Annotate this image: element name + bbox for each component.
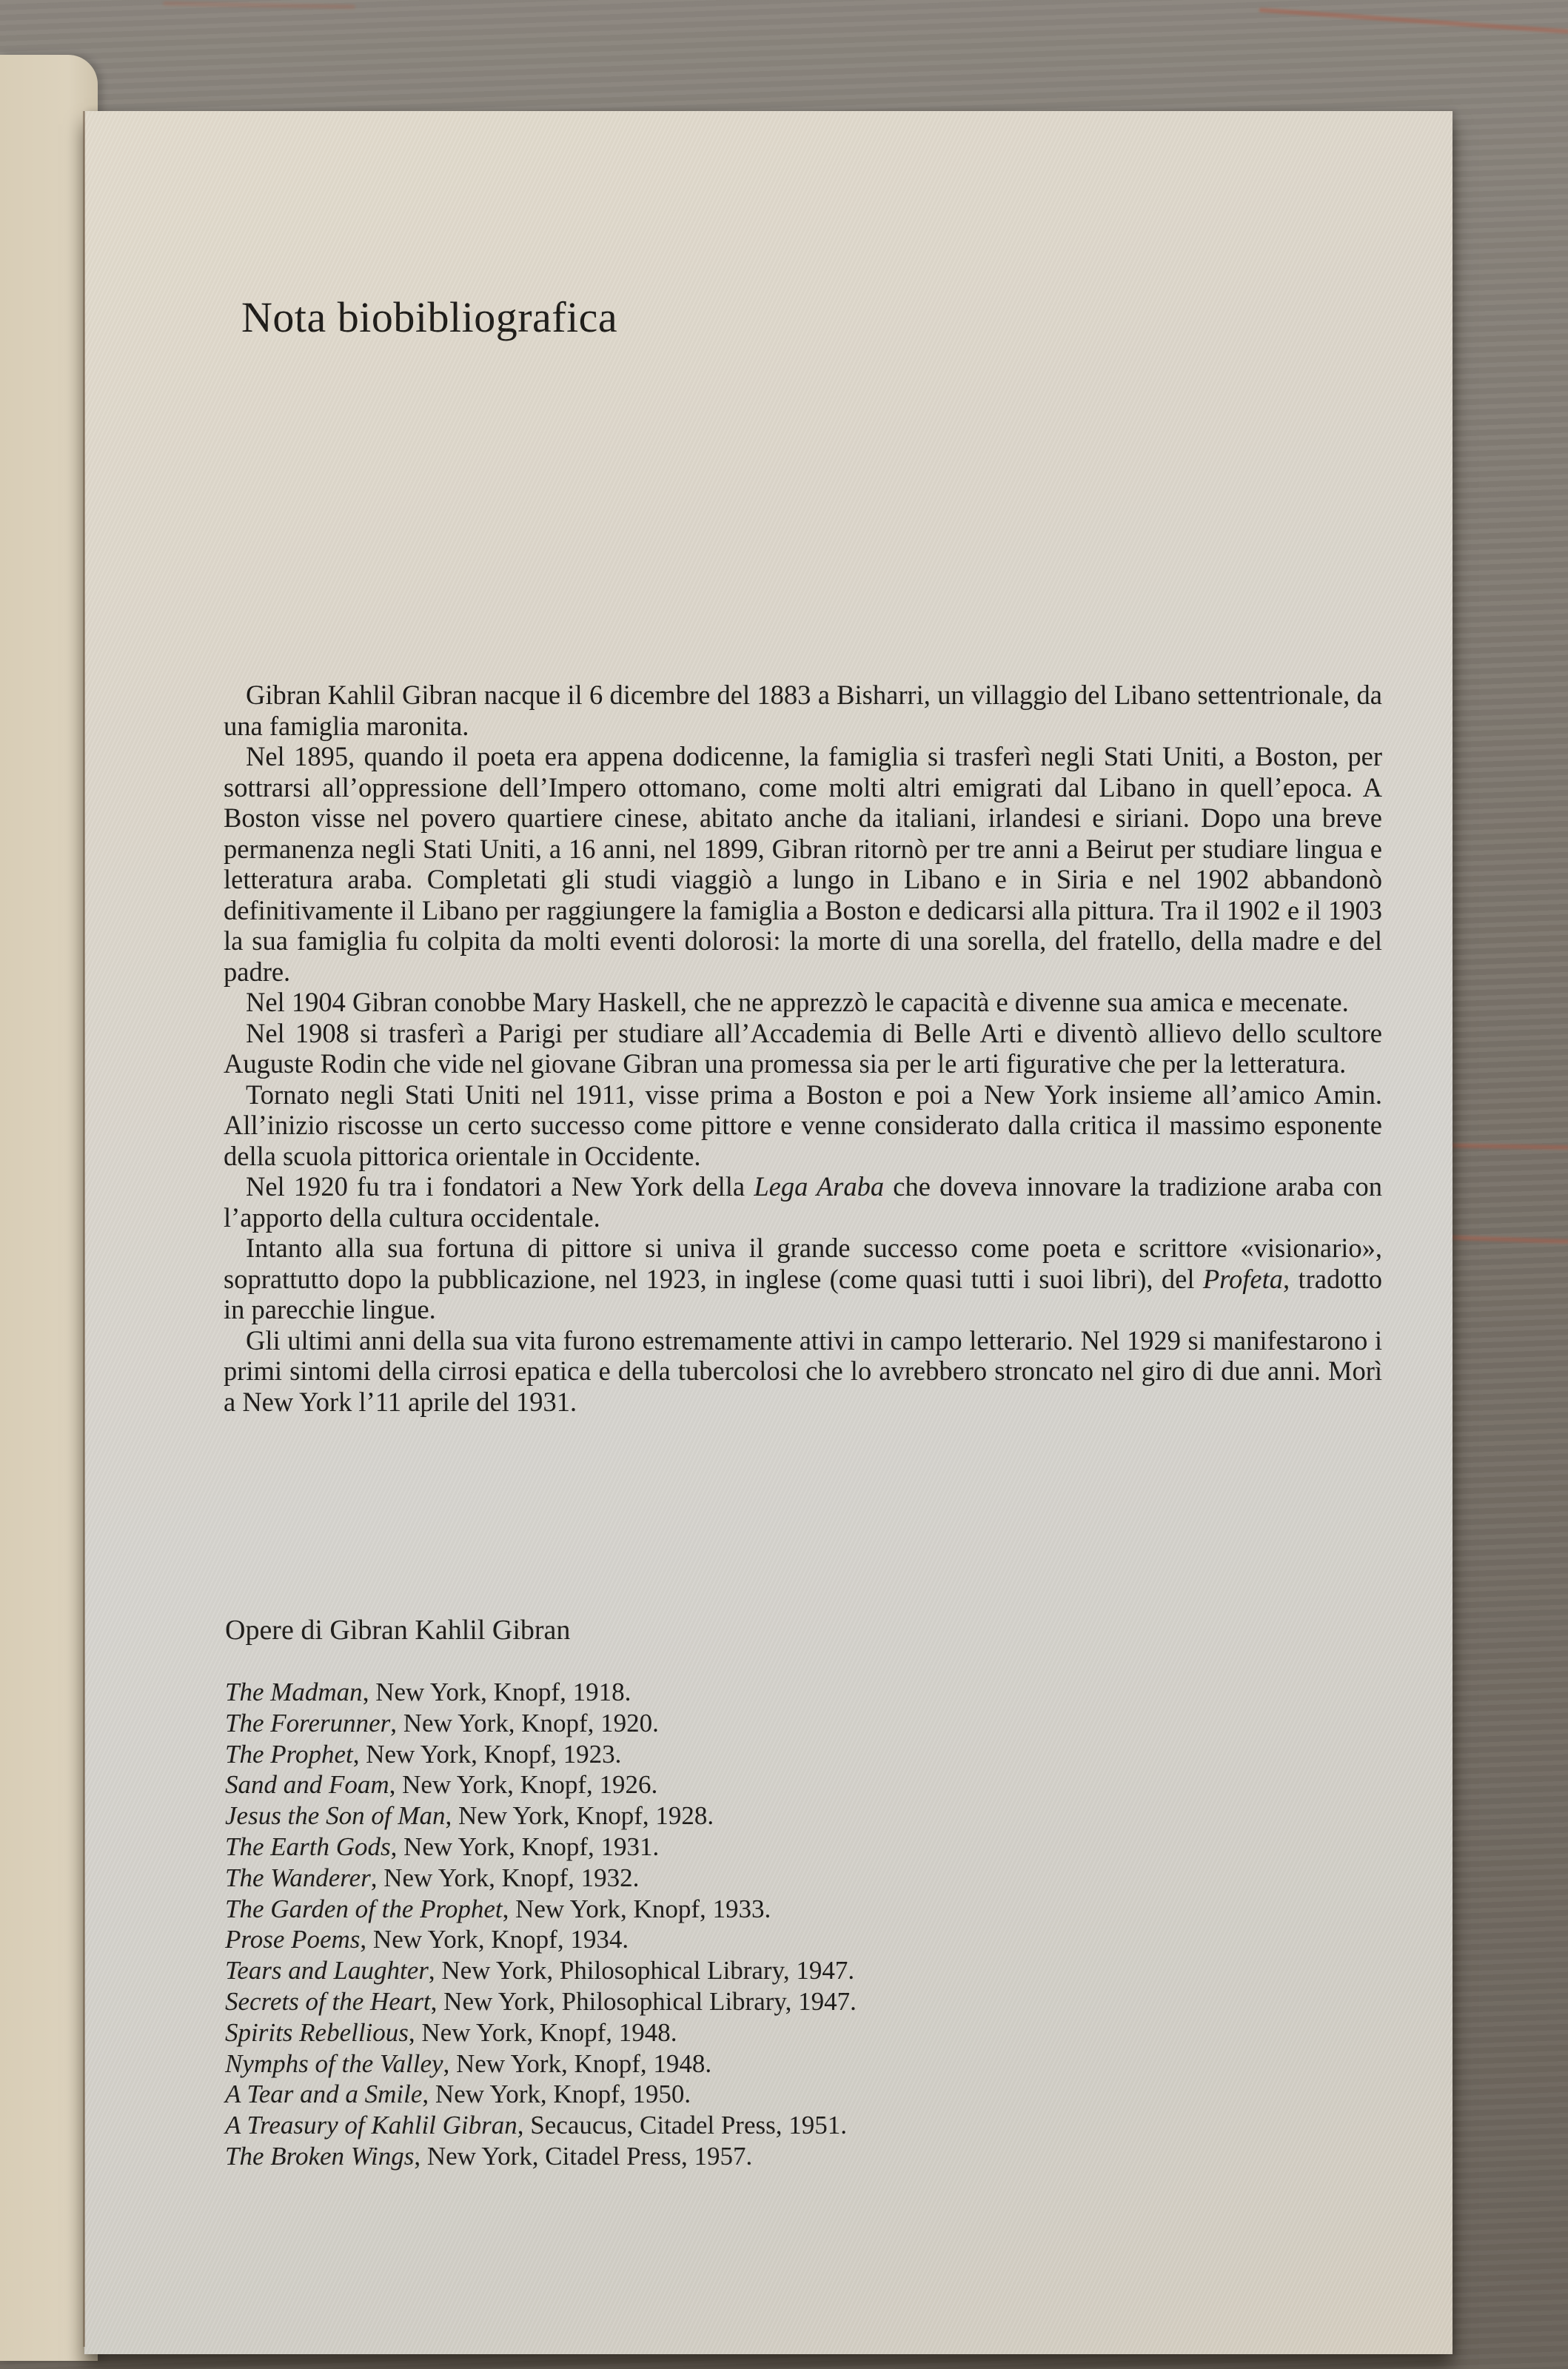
- work-title: Prose Poems: [225, 1925, 360, 1954]
- work-title: The Forerunner: [225, 1709, 390, 1738]
- work-entry: Prose Poems, New York, Knopf, 1934.: [225, 1924, 857, 1955]
- text-segment: Gibran Kahlil Gibran nacque il 6 dicembr…: [224, 680, 1382, 741]
- italic-title: Lega Araba: [754, 1171, 884, 1202]
- work-publication-details: , New York, Knopf, 1918.: [363, 1678, 631, 1706]
- text-segment: Tornato negli Stati Uniti nel 1911, viss…: [224, 1079, 1382, 1171]
- work-publication-details: , New York, Knopf, 1933.: [503, 1894, 771, 1923]
- work-title: The Broken Wings: [225, 2142, 414, 2171]
- work-publication-details: , New York, Knopf, 1920.: [390, 1709, 659, 1738]
- work-publication-details: , New York, Knopf, 1928.: [445, 1801, 714, 1830]
- work-title: The Garden of the Prophet: [225, 1894, 503, 1923]
- work-title: Secrets of the Heart: [225, 1987, 431, 2016]
- work-entry: The Garden of the Prophet, New York, Kno…: [225, 1894, 857, 1925]
- spine-fold: [83, 111, 85, 2347]
- work-title: The Prophet: [225, 1740, 353, 1769]
- work-title: The Earth Gods: [225, 1832, 391, 1861]
- text-segment: Nel 1920 fu tra i fondatori a New York d…: [246, 1171, 754, 1202]
- work-entry: A Tear and a Smile, New York, Knopf, 195…: [225, 2079, 857, 2110]
- wood-grain-vein: [1259, 7, 1568, 33]
- work-publication-details: , New York, Philosophical Library, 1947.: [431, 1987, 857, 2016]
- work-title: A Tear and a Smile: [225, 2080, 422, 2108]
- works-list: The Madman, New York, Knopf, 1918.The Fo…: [225, 1677, 857, 2172]
- text-segment: Nel 1895, quando il poeta era appena dod…: [224, 741, 1382, 987]
- work-entry: The Broken Wings, New York, Citadel Pres…: [225, 2141, 857, 2172]
- work-publication-details: , Secaucus, Citadel Press, 1951.: [517, 2111, 847, 2140]
- page-title: Nota biobibliografica: [241, 292, 617, 342]
- biography-paragraph: Nel 1895, quando il poeta era appena dod…: [224, 741, 1382, 987]
- biography-text: Gibran Kahlil Gibran nacque il 6 dicembr…: [224, 680, 1382, 1417]
- text-segment: Nel 1904 Gibran conobbe Mary Haskell, ch…: [246, 987, 1349, 1017]
- work-publication-details: , New York, Knopf, 1926.: [389, 1770, 658, 1799]
- work-publication-details: , New York, Knopf, 1931.: [391, 1832, 660, 1861]
- biography-paragraph: Gli ultimi anni della sua vita furono es…: [224, 1325, 1382, 1418]
- work-entry: The Wanderer, New York, Knopf, 1932.: [225, 1863, 857, 1894]
- work-title: Nymphs of the Valley: [225, 2049, 443, 2078]
- work-title: Tears and Laughter: [225, 1956, 429, 1985]
- work-title: A Treasury of Kahlil Gibran: [225, 2111, 517, 2140]
- biography-paragraph: Nel 1920 fu tra i fondatori a New York d…: [224, 1171, 1382, 1233]
- work-entry: Secrets of the Heart, New York, Philosop…: [225, 1986, 857, 2017]
- work-title: The Madman: [225, 1678, 363, 1706]
- biography-paragraph: Tornato negli Stati Uniti nel 1911, viss…: [224, 1079, 1382, 1172]
- work-publication-details: , New York, Knopf, 1934.: [360, 1925, 629, 1954]
- works-heading: Opere di Gibran Kahlil Gibran: [225, 1614, 570, 1646]
- work-entry: The Madman, New York, Knopf, 1918.: [225, 1677, 857, 1708]
- wood-grain-vein: [163, 1, 355, 10]
- work-publication-details: , New York, Knopf, 1948.: [443, 2049, 712, 2078]
- work-title: Jesus the Son of Man: [225, 1801, 445, 1830]
- work-entry: Tears and Laughter, New York, Philosophi…: [225, 1955, 857, 1986]
- work-publication-details: , New York, Knopf, 1932.: [371, 1863, 640, 1892]
- work-publication-details: , New York, Citadel Press, 1957.: [414, 2142, 752, 2171]
- work-publication-details: , New York, Knopf, 1950.: [422, 2080, 691, 2108]
- italic-title: Profeta: [1203, 1264, 1283, 1294]
- work-entry: Nymphs of the Valley, New York, Knopf, 1…: [225, 2048, 857, 2080]
- text-segment: Gli ultimi anni della sua vita furono es…: [224, 1325, 1382, 1417]
- work-publication-details: , New York, Knopf, 1923.: [353, 1740, 622, 1769]
- text-segment: Nel 1908 si trasferì a Parigi per studia…: [224, 1018, 1382, 1079]
- work-title: Spirits Rebellious: [225, 2018, 409, 2047]
- work-entry: A Treasury of Kahlil Gibran, Secaucus, C…: [225, 2110, 857, 2141]
- biography-paragraph: Intanto alla sua fortuna di pittore si u…: [224, 1233, 1382, 1325]
- book-page: Nota biobibliografica Gibran Kahlil Gibr…: [84, 111, 1453, 2354]
- work-publication-details: , New York, Philosophical Library, 1947.: [429, 1956, 854, 1985]
- work-entry: Sand and Foam, New York, Knopf, 1926.: [225, 1769, 857, 1800]
- work-entry: Spirits Rebellious, New York, Knopf, 194…: [225, 2017, 857, 2048]
- work-entry: The Forerunner, New York, Knopf, 1920.: [225, 1708, 857, 1739]
- biography-paragraph: Gibran Kahlil Gibran nacque il 6 dicembr…: [224, 680, 1382, 741]
- work-entry: The Prophet, New York, Knopf, 1923.: [225, 1739, 857, 1770]
- work-publication-details: , New York, Knopf, 1948.: [409, 2018, 677, 2047]
- work-entry: The Earth Gods, New York, Knopf, 1931.: [225, 1832, 857, 1863]
- work-entry: Jesus the Son of Man, New York, Knopf, 1…: [225, 1800, 857, 1832]
- work-title: Sand and Foam: [225, 1770, 389, 1799]
- biography-paragraph: Nel 1904 Gibran conobbe Mary Haskell, ch…: [224, 987, 1382, 1018]
- work-title: The Wanderer: [225, 1863, 371, 1892]
- biography-paragraph: Nel 1908 si trasferì a Parigi per studia…: [224, 1018, 1382, 1079]
